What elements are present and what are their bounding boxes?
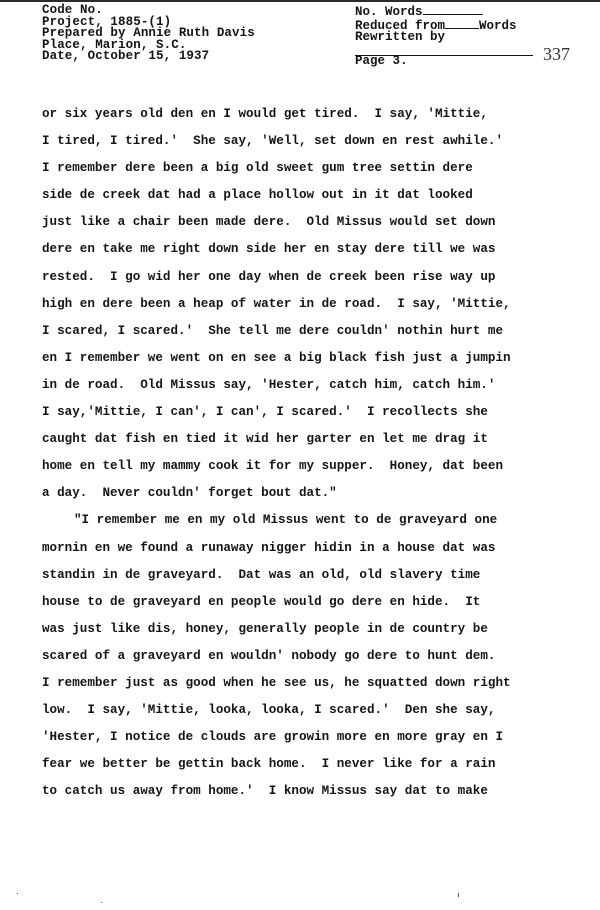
body-line: I scared, I scared.' She tell me dere co…: [42, 318, 600, 345]
body-line: I say,'Mittie, I can', I can', I scared.…: [42, 399, 600, 426]
body-line: mornin en we found a runaway nigger hidi…: [42, 535, 600, 562]
body-line: in de road. Old Missus say, 'Hester, cat…: [42, 372, 600, 399]
no-words-field: No. Words: [355, 5, 533, 19]
body-line: standin in de graveyard. Dat was an old,…: [42, 562, 600, 589]
body-line: fear we better be gettin back home. I ne…: [42, 751, 600, 778]
body-line: rested. I go wid her one day when de cre…: [42, 264, 600, 291]
no-words-label: No. Words: [355, 5, 423, 19]
scan-speck: [458, 893, 459, 897]
body-line: scared of a graveyard en wouldn' nobody …: [42, 643, 600, 670]
stamped-page-number: 337: [543, 44, 570, 65]
body-line: I tired, I tired.' She say, 'Well, set d…: [42, 128, 600, 155]
body-line: side de creek dat had a place hollow out…: [42, 182, 600, 209]
body-line: or six years old den en I would get tire…: [42, 101, 600, 128]
body-line: home en tell my mammy cook it for my sup…: [42, 453, 600, 480]
scan-speck: [101, 902, 102, 903]
body-line: just like a chair been made dere. Old Mi…: [42, 209, 600, 236]
body-line: I remember dere been a big old sweet gum…: [42, 155, 600, 182]
body-line: dere en take me right down side her en s…: [42, 236, 600, 263]
rewritten-by-label: Rewritten by: [355, 32, 533, 44]
header-metadata-left: Code No. Project, 1885-(1) Prepared by A…: [42, 5, 255, 63]
scan-top-edge: [0, 0, 600, 2]
body-line: I remember just as good when he see us, …: [42, 670, 600, 697]
reduced-words-label: Words: [479, 19, 517, 33]
body-line: house to de graveyard en people would go…: [42, 589, 600, 616]
body-line: a day. Never couldn' forget bout dat.": [42, 480, 600, 507]
scan-speck: [17, 893, 18, 894]
body-line: low. I say, 'Mittie, looka, looka, I sca…: [42, 697, 600, 724]
body-line: was just like dis, honey, generally peop…: [42, 616, 600, 643]
transcript-body: or six years old den en I would get tire…: [42, 101, 600, 805]
date: Date, October 15, 1937: [42, 51, 255, 63]
body-line: 'Hester, I notice de clouds are growin m…: [42, 724, 600, 751]
body-line: en I remember we went on en see a big bl…: [42, 345, 600, 372]
page-label: Page 3.: [355, 56, 533, 68]
reduced-from-blank: [445, 19, 479, 29]
body-line: to catch us away from home.' I know Miss…: [42, 778, 600, 805]
body-line: high en dere been a heap of water in de …: [42, 291, 600, 318]
header-metadata-right: No. Words Reduced fromWords Rewritten by…: [355, 5, 533, 67]
body-line-paragraph-start: "I remember me en my old Missus went to …: [42, 507, 600, 534]
no-words-blank: [423, 5, 483, 15]
body-line: caught dat fish en tied it wid her garte…: [42, 426, 600, 453]
